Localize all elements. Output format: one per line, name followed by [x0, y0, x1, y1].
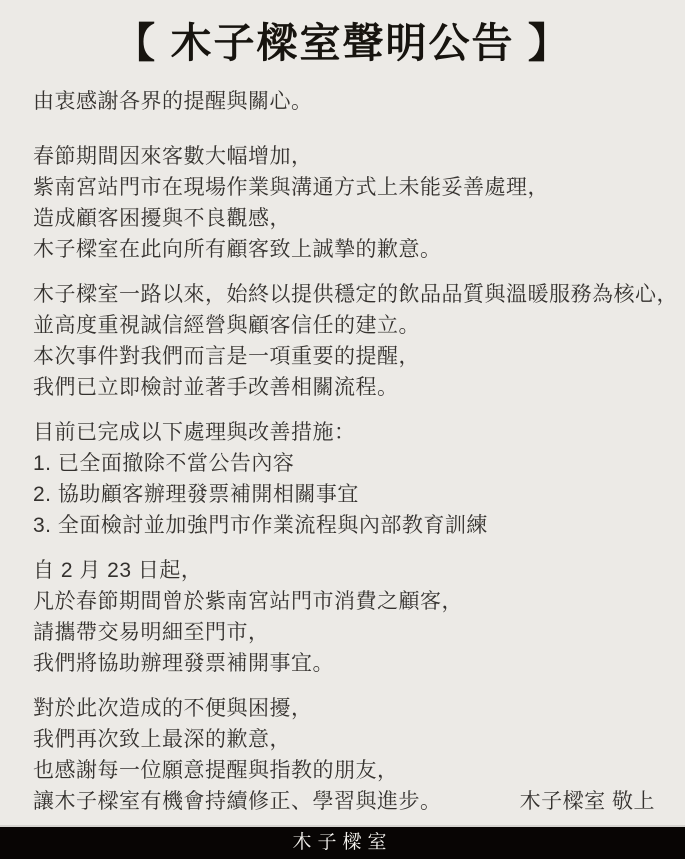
- body-line: 造成顧客困擾與不良觀感，: [33, 203, 655, 234]
- body-line: 紫南宮站門市在現場作業與溝通方式上未能妥善處理，: [33, 172, 655, 203]
- footer-bar: 木子樑室: [0, 825, 685, 859]
- body-line: 3. 全面檢討並加強門市作業流程與內部教育訓練: [33, 510, 655, 541]
- body-line: 我們已立即檢討並著手改善相關流程。: [33, 372, 655, 403]
- body-line: 讓木子樑室有機會持續修正、學習與進步。木子樑室 敬上: [33, 786, 655, 817]
- body-line: 我們將協助辦理發票補開事宜。: [33, 648, 655, 679]
- body-line-text: 讓木子樑室有機會持續修正、學習與進步。: [33, 786, 442, 817]
- body-line: 目前已完成以下處理與改善措施：: [33, 417, 655, 448]
- body-line: 本次事件對我們而言是一項重要的提醒，: [33, 341, 655, 372]
- signature: 木子樑室 敬上: [520, 786, 655, 817]
- footer-brand-label: 木子樑室: [292, 827, 392, 859]
- paragraph: 春節期間因來客數大幅增加，紫南宮站門市在現場作業與溝通方式上未能妥善處理，造成顧…: [33, 141, 655, 265]
- body-line: 木子樑室一路以來，始終以提供穩定的飲品品質與溫暖服務為核心，: [33, 279, 655, 310]
- body-line: 我們再次致上最深的歉意，: [33, 724, 655, 755]
- body-line: 春節期間因來客數大幅增加，: [33, 141, 655, 172]
- paragraph: 自 2 月 23 日起，凡於春節期間曾於紫南宮站門市消費之顧客，請攜帶交易明細至…: [33, 555, 655, 679]
- body-line: 並高度重視誠信經營與顧客信任的建立。: [33, 310, 655, 341]
- paragraph: 由衷感謝各界的提醒與關心。: [33, 86, 655, 117]
- body-line: 2. 協助顧客辦理發票補開相關事宜: [33, 479, 655, 510]
- body-line: 由衷感謝各界的提醒與關心。: [33, 86, 655, 117]
- paragraph: 木子樑室一路以來，始終以提供穩定的飲品品質與溫暖服務為核心，並高度重視誠信經營與…: [33, 279, 655, 403]
- body-line: 請攜帶交易明細至門市，: [33, 617, 655, 648]
- body-line: 1. 已全面撤除不當公告內容: [33, 448, 655, 479]
- body-line: 自 2 月 23 日起，: [33, 555, 655, 586]
- announcement-page: 【 木子樑室聲明公告 】 由衷感謝各界的提醒與關心。春節期間因來客數大幅增加，紫…: [0, 0, 685, 859]
- paragraph: 目前已完成以下處理與改善措施：1. 已全面撤除不當公告內容2. 協助顧客辦理發票…: [33, 417, 655, 541]
- paragraph: 對於此次造成的不便與困擾，我們再次致上最深的歉意，也感謝每一位願意提醒與指教的朋…: [33, 693, 655, 817]
- body-line: 凡於春節期間曾於紫南宮站門市消費之顧客，: [33, 586, 655, 617]
- body-line: 對於此次造成的不便與困擾，: [33, 693, 655, 724]
- announcement-body: 由衷感謝各界的提醒與關心。春節期間因來客數大幅增加，紫南宮站門市在現場作業與溝通…: [33, 86, 655, 831]
- body-line: 木子樑室在此向所有顧客致上誠摯的歉意。: [33, 234, 655, 265]
- body-line: 也感謝每一位願意提醒與指教的朋友，: [33, 755, 655, 786]
- page-title: 【 木子樑室聲明公告 】: [0, 0, 685, 67]
